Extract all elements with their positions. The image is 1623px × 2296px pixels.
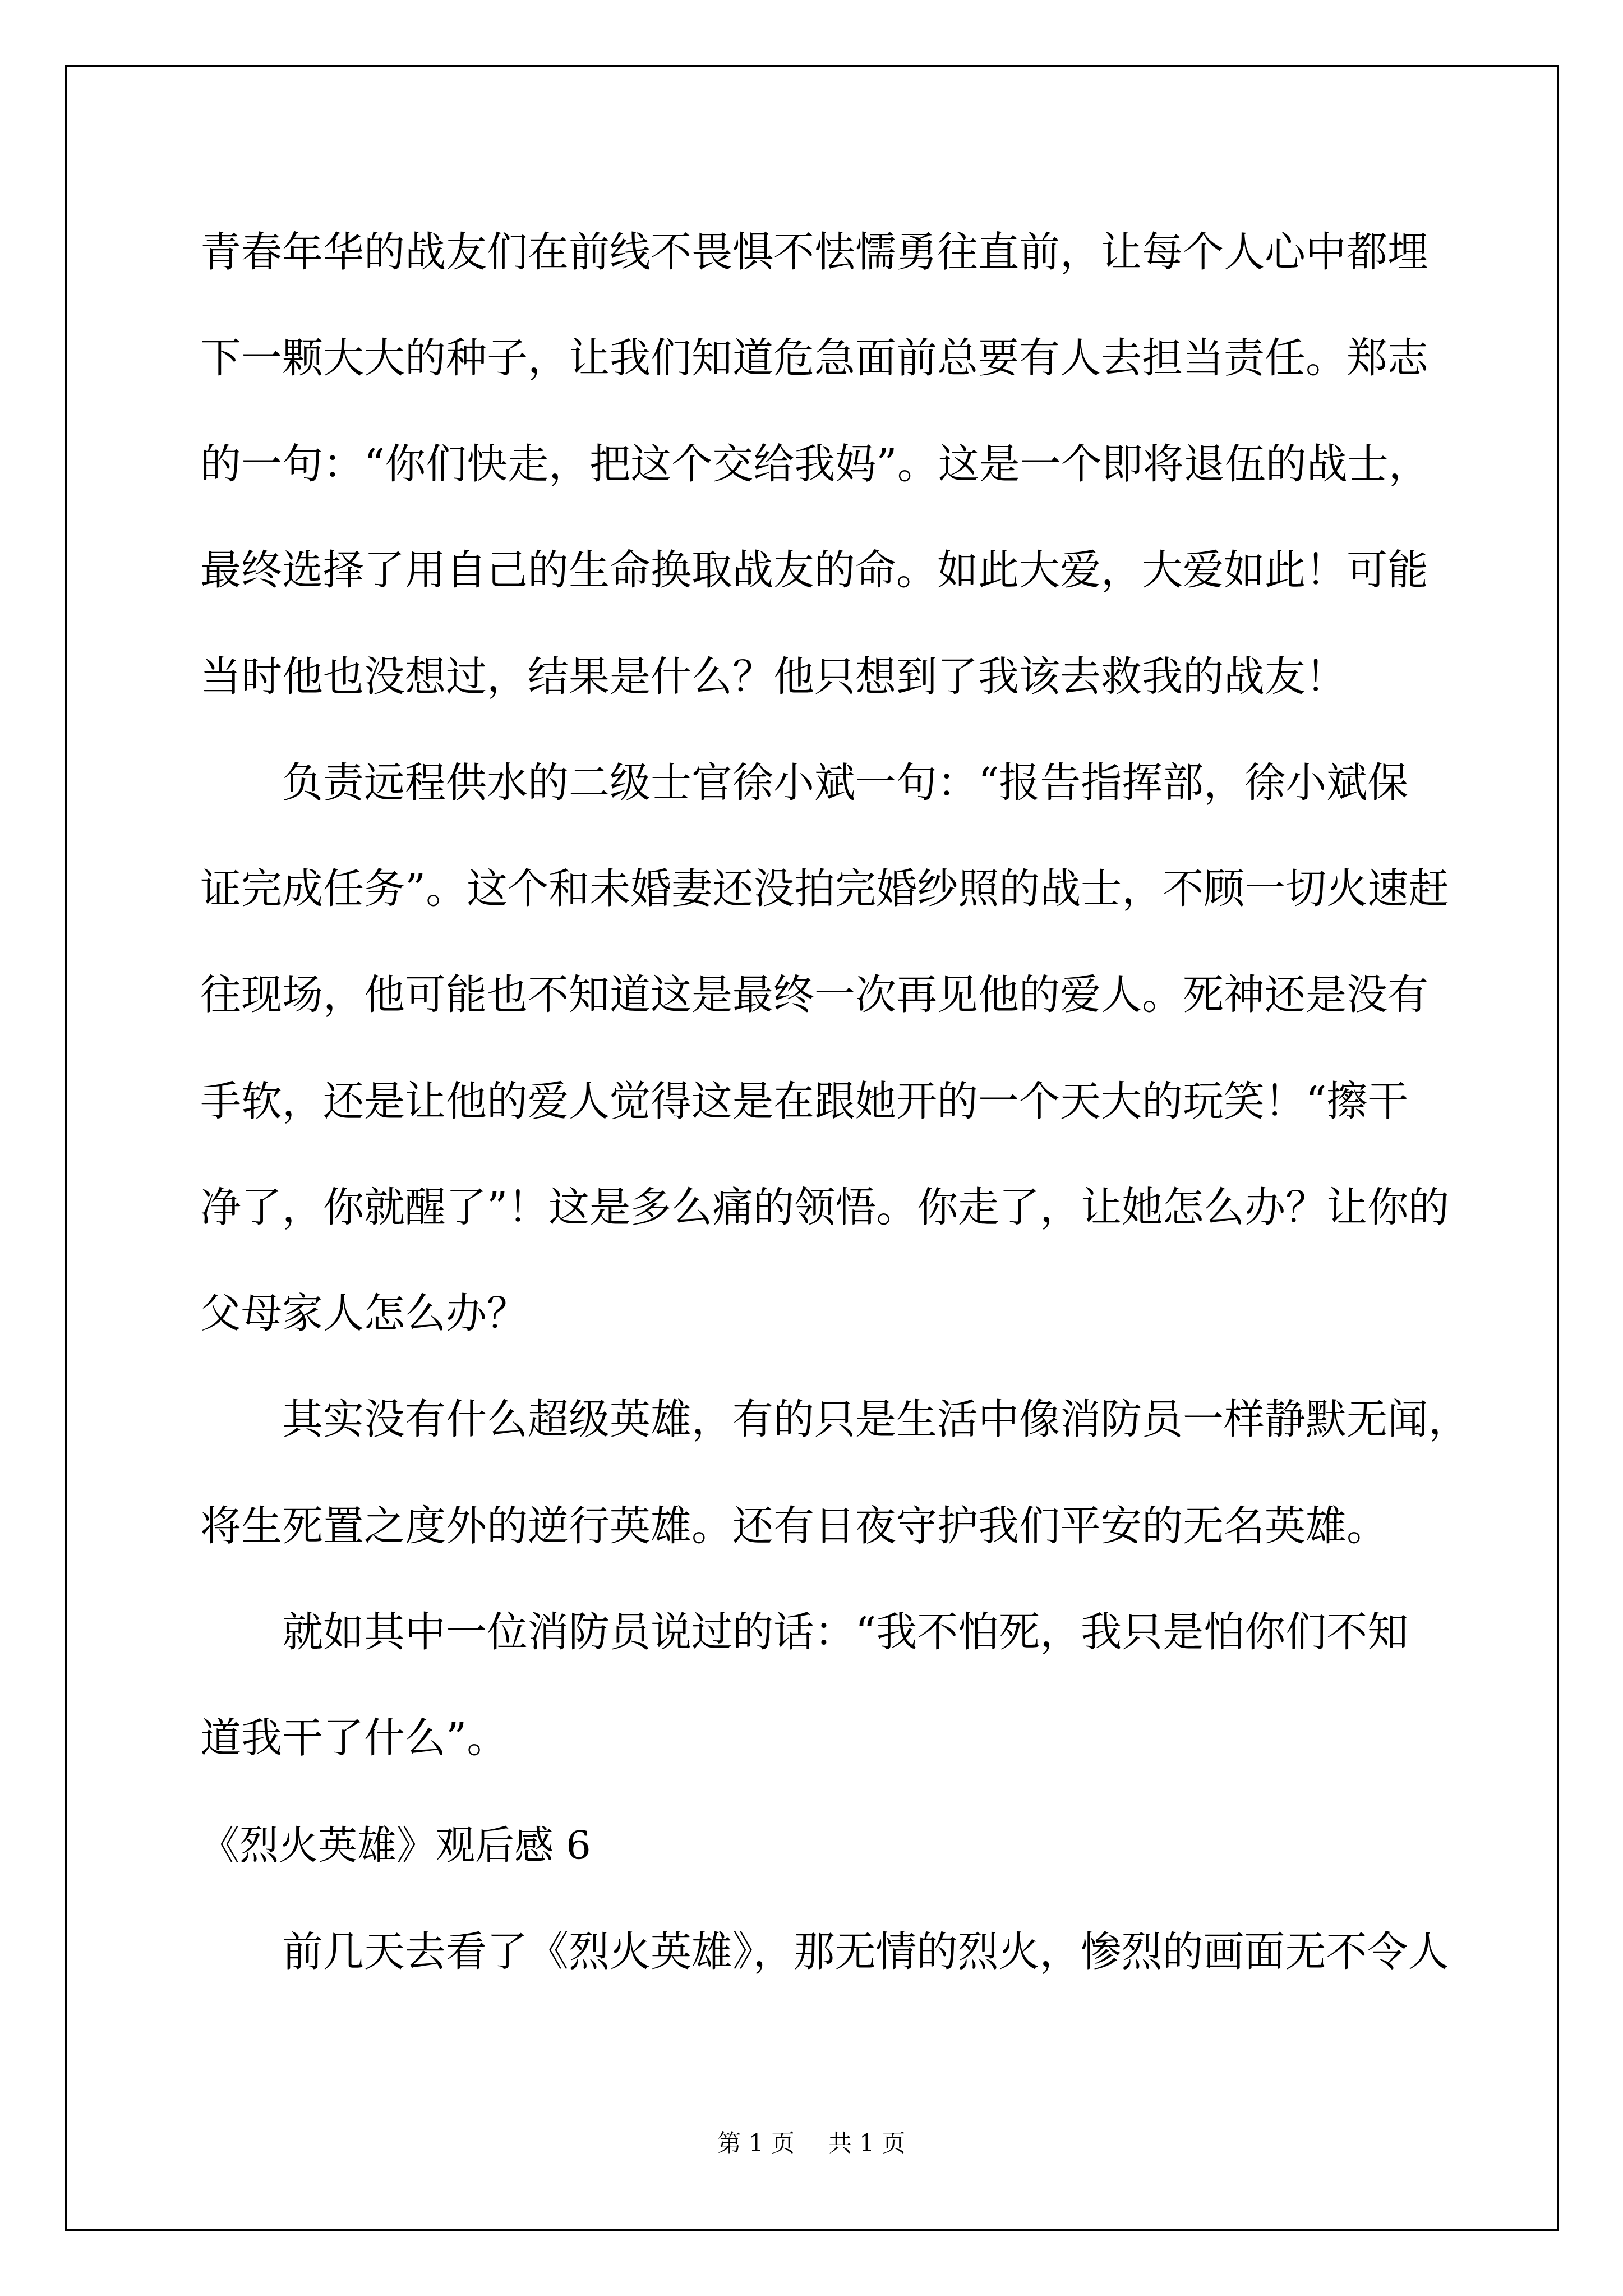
body-line-5: 当时他也没想过，结果是什么？他只想到了我该去救我的战友！ [200, 655, 1347, 700]
page-total: 共 1 页 [828, 2129, 905, 2158]
body-line-15: 道我干了什么”。 [200, 1716, 508, 1761]
page-footer: 第 1 页共 1 页 [0, 2129, 1623, 2158]
paragraph-5-line-1: 前几天去看了《烈火英雄》，那无情的烈火，惨烈的画面无不令人 [282, 1930, 1449, 1975]
paragraph-3-line-1: 其实没有什么超级英雄，有的只是生活中像消防员一样静默无闻， [282, 1397, 1469, 1442]
paragraph-2-line-1: 负责远程供水的二级士官徐小斌一句：“报告指挥部，徐小斌保 [282, 761, 1408, 806]
body-line-8: 往现场，他可能也不知道这是最终一次再见他的爱人。死神还是没有 [200, 973, 1428, 1018]
page-border [65, 65, 1559, 2231]
body-line-4: 最终选择了用自己的生命换取战友的命。如此大爱，大爱如此！可能 [200, 548, 1428, 593]
section-heading: 《烈火英雄》观后感 6 [200, 1823, 591, 1868]
body-line-10: 净了，你就醒了”！这是多么痛的领悟。你走了，让她怎么办？让你的 [200, 1185, 1449, 1230]
body-line-2: 下一颗大大的种子，让我们知道危急面前总要有人去担当责任。郑志 [200, 336, 1428, 381]
body-line-3: 的一句：“你们快走，把这个交给我妈”。这是一个即将退伍的战士， [200, 442, 1430, 487]
body-line-13: 将生死置之度外的逆行英雄。还有日夜守护我们平安的无名英雄。 [200, 1504, 1387, 1549]
body-line-1: 青春年华的战友们在前线不畏惧不怯懦勇往直前，让每个人心中都埋 [200, 230, 1428, 275]
page-number: 第 1 页 [718, 2129, 795, 2158]
body-line-9: 手软，还是让他的爱人觉得这是在跟她开的一个天大的玩笑！“擦干 [200, 1079, 1408, 1124]
body-line-11: 父母家人怎么办？ [200, 1291, 528, 1336]
paragraph-4-line-1: 就如其中一位消防员说过的话：“我不怕死，我只是怕你们不知 [282, 1610, 1408, 1655]
body-line-7: 证完成任务”。这个和未婚妻还没拍完婚纱照的战士，不顾一切火速赶 [200, 867, 1449, 912]
